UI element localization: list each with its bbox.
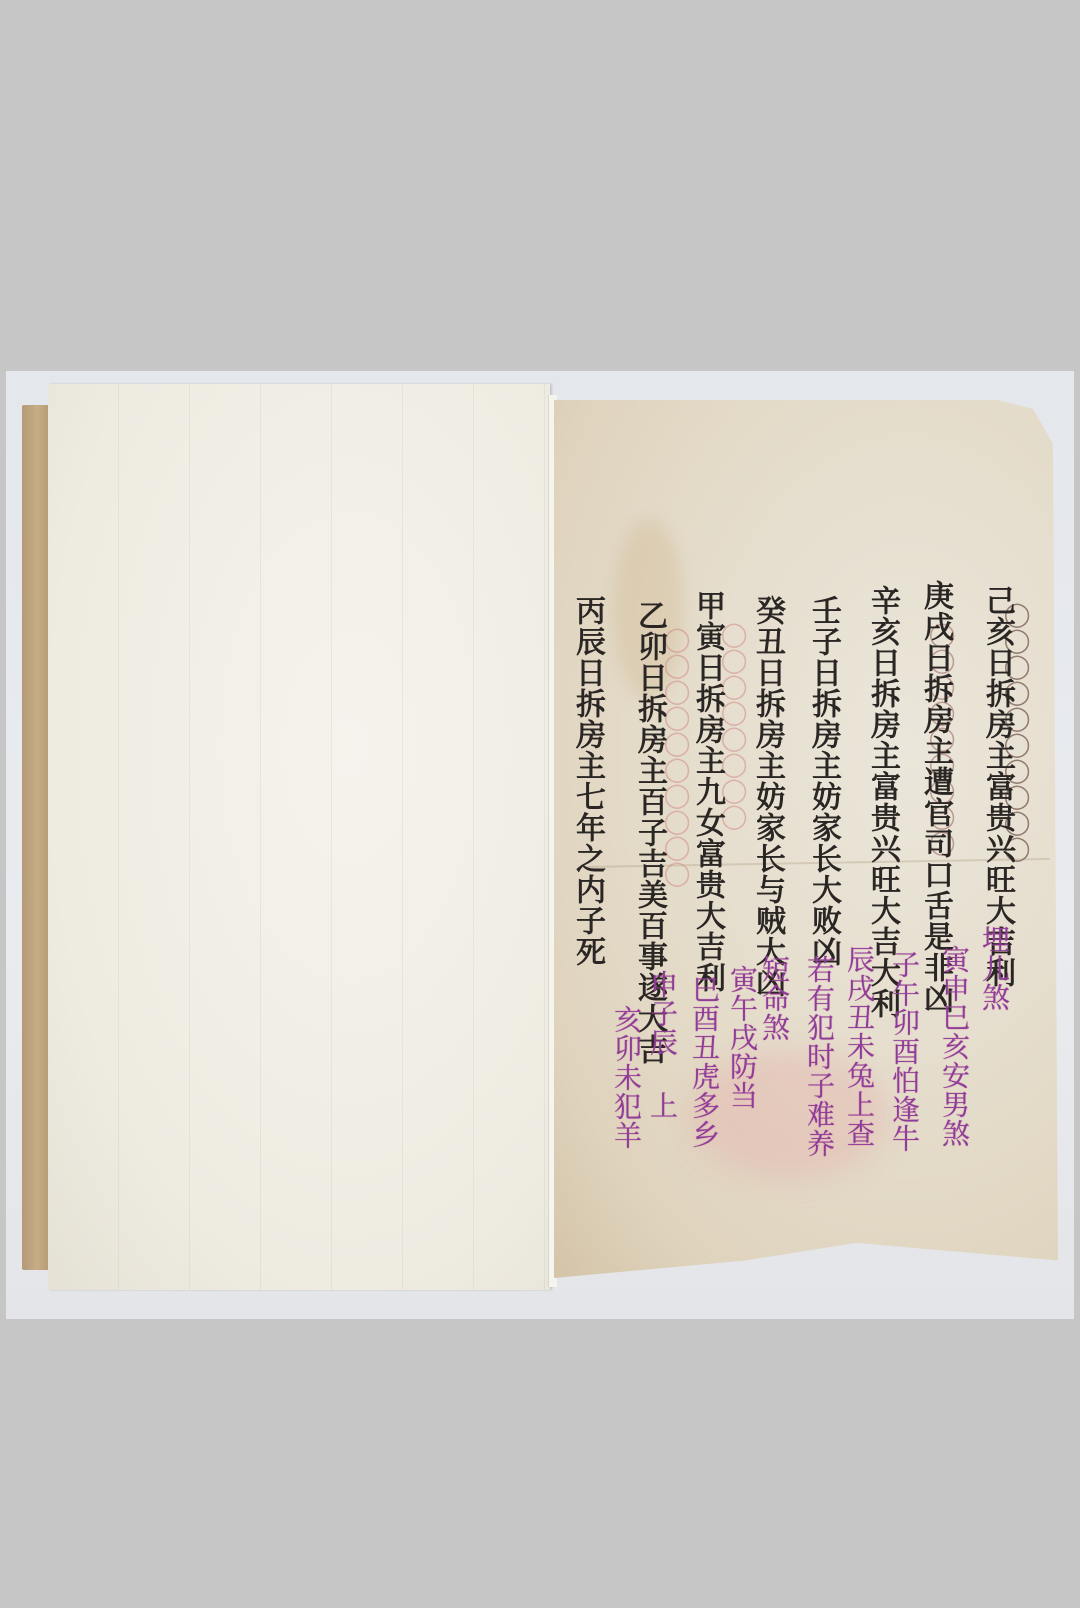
circle-markers-3: ◯◯◯◯◯◯◯◯	[722, 620, 746, 828]
text-column: 癸丑日拆房主妨家长与贼大凶	[752, 595, 782, 998]
note-column: 巳酉丑虎多乡	[690, 975, 718, 1149]
note-column: 辰戌丑未兔上查	[845, 945, 873, 1148]
note-column: 寅申巳亥安男煞	[940, 945, 968, 1148]
note-title: 埋儿煞	[980, 925, 1008, 1012]
text-column: 甲寅日拆房主九女富贵大吉利	[692, 590, 722, 993]
note-column: 若有犯时子难养	[805, 955, 833, 1158]
note-column: 子午卯酉怕逢牛	[890, 950, 918, 1153]
note-column: 短命煞	[760, 955, 788, 1042]
note-column: 申子辰 上	[648, 970, 676, 1120]
text-column: 丙辰日拆房主七年之内子死	[572, 595, 602, 967]
note-column: 寅午戌防当	[728, 965, 756, 1110]
note-column: 亥卯未犯羊	[612, 1005, 640, 1150]
left-page-blank	[48, 384, 550, 1290]
text-column: 壬子日拆房主妨家长大败凶	[808, 595, 838, 967]
circle-markers-4: ◯◯◯◯◯◯◯◯◯◯	[665, 625, 689, 885]
